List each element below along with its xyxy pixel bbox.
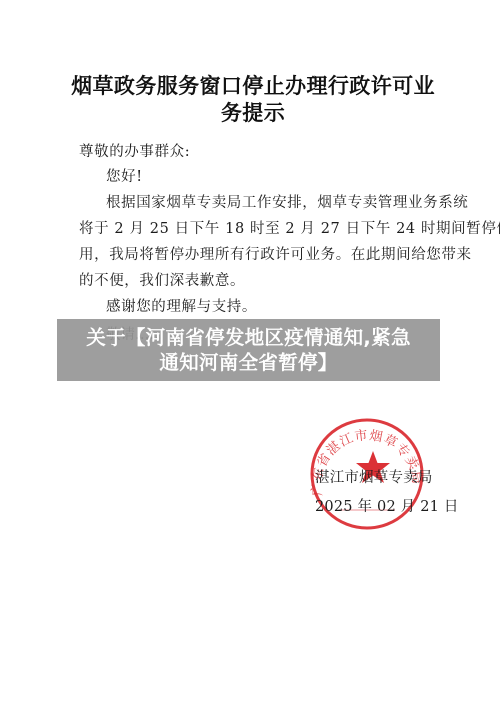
signature-organization: 湛江市烟草专卖局: [315, 469, 433, 487]
document-title-line-1: 烟草政务服务窗口停止办理行政许可业: [70, 73, 436, 100]
greeting: 您好!: [106, 168, 143, 186]
salutation: 尊敬的办事群众:: [79, 143, 190, 161]
document-page: 烟草政务服务窗口停止办理行政许可业 务提示 尊敬的办事群众: 您好! 根据国家烟…: [0, 0, 500, 701]
headline-line-1: 关于【河南省停发地区疫情通知,紧急: [86, 325, 411, 350]
paragraph-line-3: 用，我局将暂停办理所有行政许可业务。在此期间给您带来: [79, 246, 472, 264]
signature-date: 2025 年 02 月 21 日: [315, 498, 459, 516]
headline-line-2: 通知河南全省暂停】: [159, 350, 337, 375]
paragraph-line-1: 根据国家烟草专卖局工作安排，烟草专卖管理业务系统: [106, 194, 468, 212]
document-title-line-2: 务提示: [70, 100, 436, 127]
headline-overlay-banner: 关于【河南省停发地区疫情通知,紧急 通知河南全省暂停】: [57, 319, 440, 381]
thanks-line: 感谢您的理解与支持。: [106, 298, 257, 316]
paragraph-line-2: 将于 2 月 25 日下午 18 时至 2 月 27 日下午 24 时期间暂停使: [79, 220, 500, 238]
paragraph-line-4: 的不便，我们深表歉意。: [79, 272, 245, 290]
